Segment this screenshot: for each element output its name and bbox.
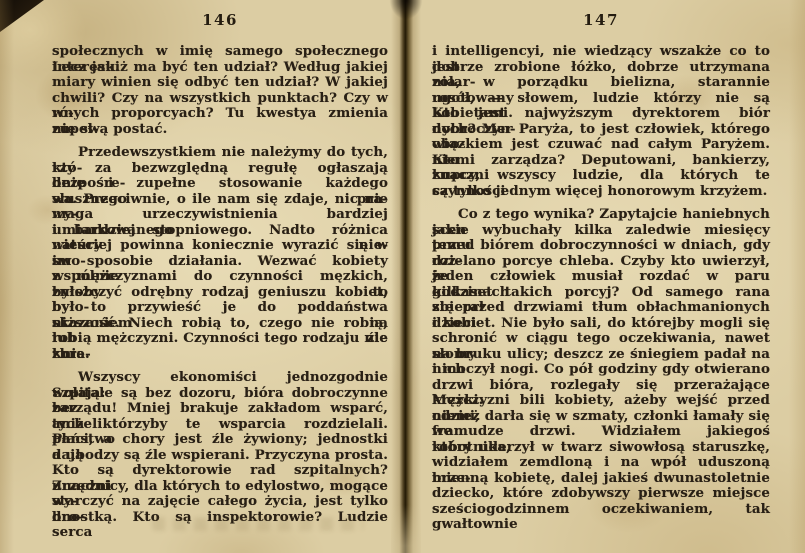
left-edge-shading xyxy=(0,0,14,553)
text-line: zniszczyć odrębny rodzaj geniuszu kobiet… xyxy=(52,285,388,301)
left-page-text: społecznych w imię samego społecznego in… xyxy=(52,44,388,533)
gutter-top-shadow xyxy=(386,0,426,30)
paragraph: społecznych w imię samego społecznego in… xyxy=(52,44,388,137)
text-line: by to przywieść je do poddaństwa skazani… xyxy=(52,300,388,316)
text-line: są tylko jednym więcej honorowym krzyżem… xyxy=(432,184,770,200)
text-line: maga urzeczywistnienia bardziej umiarkow… xyxy=(52,207,388,223)
paragraph: Wszyscy ekonomiści jednozgodnie wołają:S… xyxy=(52,370,388,525)
text-line: Co z tego wynika? Zapytajcie haniebnych … xyxy=(432,207,770,223)
text-line: schronić w ciągu tego oczekiwania, nawet… xyxy=(432,331,770,347)
text-line: starczyć na zajęcie całego życia, jest t… xyxy=(52,494,388,510)
text-line: sześciogodzinnem oczekiwaniem, tak gwałt… xyxy=(432,502,770,518)
book-scan: 146 147 społecznych w imię samego społec… xyxy=(0,0,805,553)
text-line: kilkaset takich porcyj? Od samego rana z… xyxy=(432,285,770,301)
text-line: knie. xyxy=(52,347,388,363)
text-line: wiązkiem jest czuwać nad całym Paryżem. … xyxy=(432,137,770,153)
text-line: Kto są dyrektorowie rad szpitalnych? Zna… xyxy=(52,463,388,479)
text-line: widziałem zemdloną i na wpół uduszoną br… xyxy=(432,455,770,471)
page-number-right: 147 xyxy=(432,11,770,29)
text-line: Mężczyzni bili kobiety, ażeby wejść prze… xyxy=(432,393,770,409)
text-line: dobrze zrobione łóżko, dobrze utrzymana … xyxy=(432,60,770,76)
text-line: płaci, a chory jest źle żywiony; jednost… xyxy=(52,432,388,448)
text-line: przed biórem dobroczynności w dniach, gd… xyxy=(432,238,770,254)
paragraph: i intelligencyi, nie wiedzący wszakże co… xyxy=(432,44,770,199)
text-line: Kto jest najwyższym dyrektorem biór dobr… xyxy=(432,106,770,122)
text-line: dnie i zupełne stosowanie każdego słuszn… xyxy=(52,176,388,192)
text-line: nia, w porządku bielizna, starannie ugot… xyxy=(432,75,770,91)
text-line: rzy za bezwzględną regułę ogłaszają bezp… xyxy=(52,161,388,177)
text-line: jeden człowiek musiał rozdać w paru godz… xyxy=(432,269,770,285)
text-line: drzwi bióra, rozlegały się przerażające … xyxy=(432,378,770,394)
text-line: robią mężczyzni. Czynności tego rodzaju … xyxy=(52,331,388,347)
text-line: i moczył nogi. Co pół godziny gdy otwier… xyxy=(432,362,770,378)
text-line: i intelligencyi, nie wiedzący wszakże co… xyxy=(432,44,770,60)
text-line: framudze drzwi. Widziałem jakiegoś robot… xyxy=(432,424,770,440)
text-line: który uderzył w twarz siwowłosą staruszk… xyxy=(432,440,770,456)
text-line: nie swą postać. xyxy=(52,122,388,138)
text-line: odzież darła się w szmaty, członki łamał… xyxy=(432,409,770,425)
text-line: wnych proporcyach? Tu kwestya zmienia zu… xyxy=(52,106,388,122)
book-spine-gutter xyxy=(391,0,421,553)
text-line: niemi zarządza? Deputowani, bankierzy, z… xyxy=(432,153,770,169)
text-line: chwili? Czy na wszystkich punktach? Czy … xyxy=(52,91,388,107)
text-line: dziecko, które zdobywszy pierwsze miejsc… xyxy=(432,486,770,502)
ink-bleedthrough-smudge xyxy=(152,517,364,531)
paragraph: Co z tego wynika? Zapytajcie haniebnych … xyxy=(432,207,770,517)
text-line: Przedewszystkiem nie należymy do tych, k… xyxy=(52,145,388,161)
text-line: i kobiet. Nie było sali, do którejby mog… xyxy=(432,316,770,332)
page-number-left: 146 xyxy=(52,11,388,29)
text-line: tych którzyby te wsparcia rozdzielali. P… xyxy=(52,417,388,433)
text-line: Lecz jakiż ma być ten udział? Według jak… xyxy=(52,60,388,76)
text-line: dzielano porcye chleba. Czyby kto uwierz… xyxy=(432,254,770,270)
right-edge-shading xyxy=(789,0,805,553)
text-line: im sposobie działania. Wezwać kobiety ws… xyxy=(52,254,388,270)
text-line: urzędnicy, dla których to edylostwo, mog… xyxy=(52,479,388,495)
text-line: i bardziej stopniowego. Nadto różnica na… xyxy=(52,223,388,239)
text-line: miary winien się odbyć ten udział? W jak… xyxy=(52,75,388,91)
text-line: rosół, — słowem, ludzie którzy nie są ko… xyxy=(432,91,770,107)
text-line: niższość. Niech robią to, czego nie robi… xyxy=(52,316,388,332)
text-line: a ubodzy są źle wspierani. Przyczyna pro… xyxy=(52,448,388,464)
text-line: nych? Mer Paryża, to jest człowiek, któr… xyxy=(432,122,770,138)
text-line: mienną kobietę, dalej jakieś dwunastolet… xyxy=(432,471,770,487)
text-line: wieściej powinna koniecznie wyrazić się … xyxy=(52,238,388,254)
text-line: Szpitale są bez dozoru, bióra dobroczynn… xyxy=(52,386,388,402)
text-line: na bruku ulicy; deszcz ze śniegiem padał… xyxy=(432,347,770,363)
text-line: się przed drzwiami tłum obłachmanionych … xyxy=(432,300,770,316)
text-line: Wszyscy ekonomiści jednozgodnie wołają: xyxy=(52,370,388,386)
text-line: społecznych w imię samego społecznego in… xyxy=(52,44,388,60)
text-line: jakie wybuchały kilka zaledwie miesięcy … xyxy=(432,223,770,239)
text-line: zarządu! Mniej brakuje zakładom wsparć, … xyxy=(52,401,388,417)
text-line: wa. Przeciwnie, o ile nam się zdaje, nic… xyxy=(52,192,388,208)
text-line: kupcy, wszyscy ludzie, dla których te cz… xyxy=(432,168,770,184)
text-line: z mężczyznami do czynności męzkich, było… xyxy=(52,269,388,285)
paragraph: Przedewszystkiem nie należymy do tych, k… xyxy=(52,145,388,362)
gutter-bottom-fade xyxy=(391,505,421,553)
right-page-text: i intelligencyi, nie wiedzący wszakże co… xyxy=(432,44,770,525)
